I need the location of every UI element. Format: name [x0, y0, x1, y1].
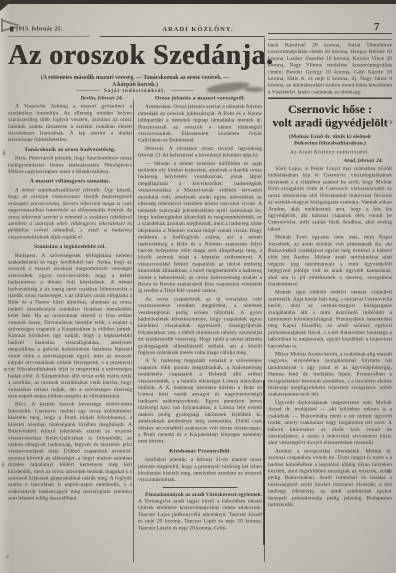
paragraph: Mikor Molnár Aradra került, a családnak … — [268, 351, 392, 398]
subhead-stanislau: Stanislau a legközelebbi cél. — [8, 244, 132, 251]
section-rule — [163, 487, 238, 488]
byline-rule-left — [76, 90, 99, 91]
header-rule-right2 — [268, 39, 392, 40]
paragraph: Sövé Lajos, a Pester Lloyd mai számában … — [268, 166, 392, 233]
article-subtitle-line1: (Molnár Ernő dr. tűnik ki elsőnek — [289, 134, 371, 140]
column-rule-left — [133, 100, 134, 562]
main-headline: Az oroszok Szedánja. — [8, 40, 262, 72]
article-headline-line1: Csernovic hőse : — [288, 103, 372, 116]
article-top-rule — [268, 98, 392, 100]
subhead-villamgyors: A mazuri villámgyors támadás. — [8, 178, 132, 185]
paragraph: Pétervár. A hivatalos orosz távirati ügy… — [138, 145, 262, 158]
paragraph: Az orosz csapatoknak az új vonalakra val… — [138, 296, 262, 356]
column-rule-right-dark-segment — [263, 380, 265, 545]
column-middle: Orosz jelentés a mazuri vereségről. Amst… — [138, 95, 262, 562]
byline-rule-right — [171, 90, 194, 91]
donation-text: A Tornaegylet aradi tagjai közül a hábor… — [138, 498, 262, 531]
paragraph: — Miután a német vezérkar külföldön és s… — [138, 160, 262, 294]
paragraph: Budapest. A szövetségesek térfoglalása k… — [8, 252, 132, 399]
dateline-arad: Arad, február 24. — [268, 157, 392, 164]
article-headline: Csernovic hőse : volt aradi ügyvédjelölt — [268, 103, 392, 130]
margin-speck — [6, 556, 9, 558]
paragraph: Molnár Ernő ugyanis nem más, mint Kapsi … — [268, 234, 392, 288]
lead-subtitle-line2: A kárpáti harcok.) — [112, 81, 158, 88]
ink-smudge — [244, 87, 264, 92]
paragraph: A Vossische Zeitung a mazuri győzelmet a… — [8, 103, 132, 143]
masthead-rule — [100, 36, 265, 37]
subhead-tanacskozik: Tanácskozik az orosz hadvezetőség. — [8, 146, 132, 153]
subhead-kirohanas: Kirohanás Przemyslből. — [138, 448, 262, 455]
lead-subtitle-line1: (A rettenetes második mazuri vereség. — … — [41, 74, 229, 81]
paragraph: A X. hadsereg megszállt vonalait a szöve… — [138, 358, 262, 445]
header-rule-left — [8, 36, 90, 37]
margin-speck — [4, 368, 7, 371]
margin-speck — [388, 470, 390, 473]
paragraph: Amsterdam. Orosz jelentés szerint a néme… — [138, 104, 262, 144]
subhead-orosz-jelentes: Orosz jelentés a mazuri vereségről. — [138, 95, 262, 102]
paragraph: Szófiából jelentik: a február 21-én kiad… — [138, 457, 262, 484]
paragraph: Páris. Pétervárról jelentik, hogy Szucho… — [8, 155, 132, 175]
masthead-title: ARADI KÖZLÖNY. — [0, 25, 396, 33]
paragraph: Ügyvédi diplomájának megszerzése után Mo… — [268, 399, 392, 446]
donation-lead: Pénzadományok az aradi Vöröskereszt-egyl… — [145, 491, 262, 497]
column-left: Berlin, február 24. A Vossische Zeitung … — [8, 95, 132, 562]
donation-continuation: bach Károlyné 20 korona, Sarlat Dömötörn… — [268, 42, 392, 96]
margin-speck — [2, 462, 4, 467]
article-subtitle: (Molnár Ernő dr. tűnik ki elsőnek Bukovi… — [268, 134, 392, 147]
article-subtitle-line2: Bukovina fölszabadításában.) — [294, 140, 366, 146]
scan-top-edge — [0, 0, 396, 4]
newspaper-page: 1915. február 25. ARADI KÖZLÖNY. 7 Az or… — [0, 0, 396, 573]
lead-byline: Saját tudósítónktól. — [104, 88, 166, 94]
article-headline-line2: volt aradi ügyvédjelölt — [272, 117, 387, 130]
paragraph: Bécs. A kárpáti harcok hevessége óráról-… — [8, 401, 132, 502]
margin-speck — [390, 120, 392, 124]
dateline-berlin: Berlin, február 24. — [8, 95, 132, 102]
donation-paragraph: Pénzadományok az aradi Vöröskereszt-egyl… — [138, 491, 262, 531]
header-rule-right — [268, 33, 392, 34]
margin-speck — [3, 150, 5, 156]
paragraph: Amikor a mozgósítást elrendelték, Molnár… — [268, 448, 392, 508]
paragraph: Molnár igen előkelő erdélyi nemesi csalá… — [268, 289, 392, 349]
paragraph: A német sajtóhadiszállásról jelentik: Úg… — [8, 187, 132, 241]
column-right: bach Károlyné 20 korona, Sarlat Dömötörn… — [268, 42, 392, 562]
article-byline: Az Aradi Közlöny tudósítójától. — [268, 149, 392, 156]
page-number: 7 — [374, 21, 380, 33]
